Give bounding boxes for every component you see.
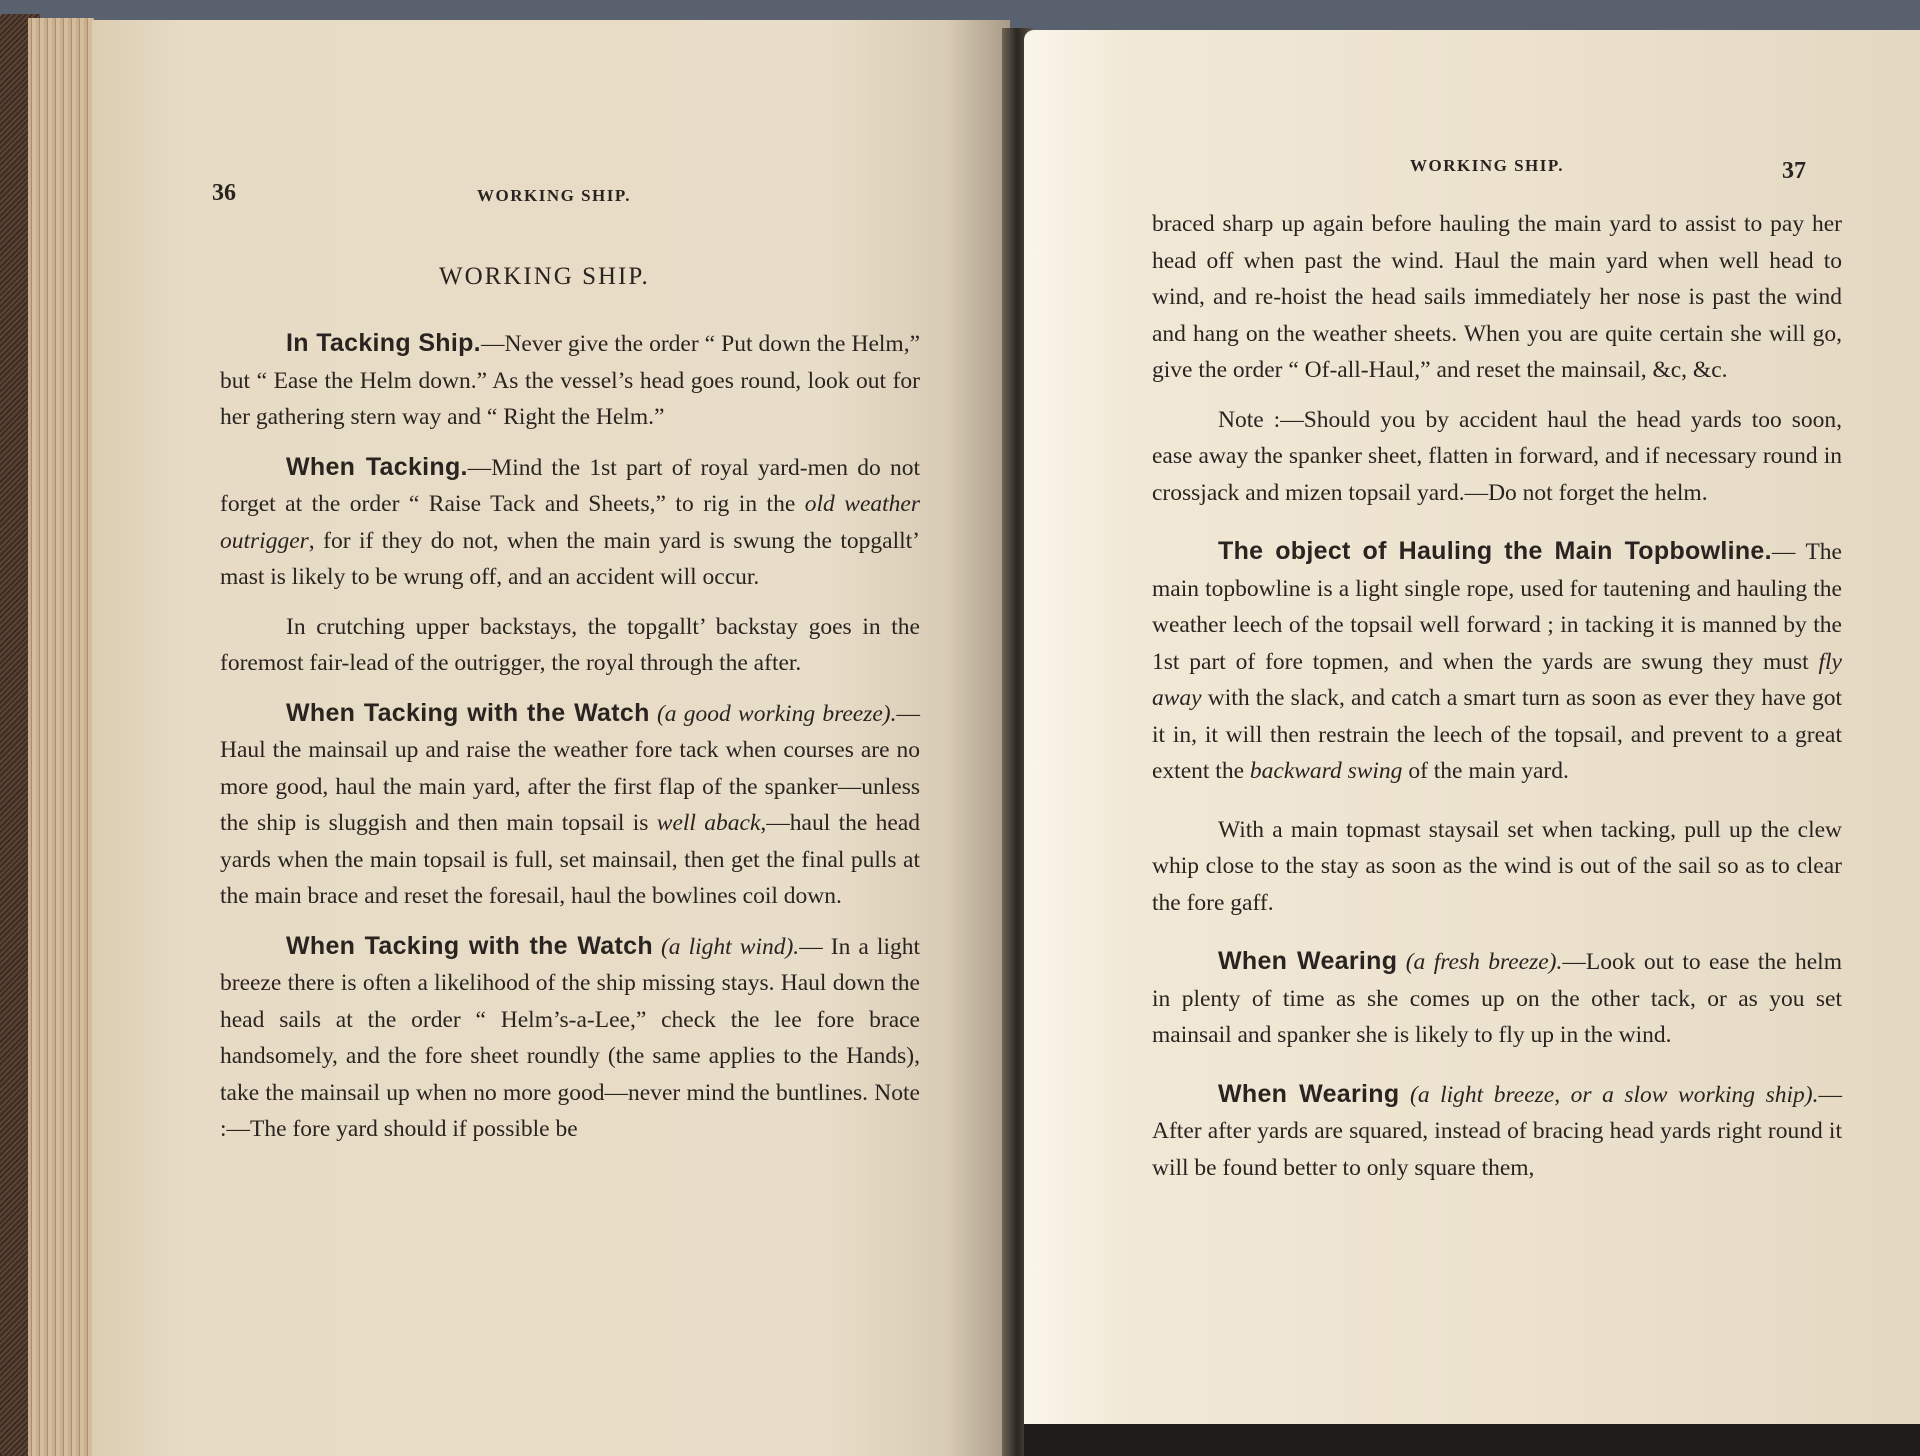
paragraph: In Tacking Ship.—Never give the order “ …: [220, 325, 920, 436]
chapter-title: WORKING SHIP.: [439, 263, 650, 291]
section-heading: When Tacking with the Watch: [286, 932, 653, 960]
section-heading: The object of Hauling the Main Topbowlin…: [1218, 537, 1772, 565]
page-number: 37: [1782, 158, 1806, 185]
paragraph-text: , for if they do not, when the main yard…: [220, 528, 920, 591]
italic-phrase: well aback: [657, 810, 761, 836]
paragraph-text: Note :—Should you by accident haul the h…: [1152, 407, 1842, 506]
section-heading: When Wearing: [1218, 1080, 1399, 1108]
paragraph: With a main topmast staysail set when ta…: [1152, 812, 1842, 922]
section-heading: When Tacking.: [286, 453, 468, 481]
paragraph: The object of Hauling the Main Topbowlin…: [1152, 533, 1842, 790]
running-head: WORKING SHIP.: [477, 186, 631, 206]
right-page: WORKING SHIP. 37 braced sharp up again b…: [1024, 30, 1920, 1430]
italic-phrase: backward swing: [1250, 758, 1403, 784]
paragraph: braced sharp up again before hauling the…: [1152, 206, 1842, 389]
paragraph: When Tacking.—Mind the 1st part of royal…: [220, 449, 920, 596]
paragraph: When Wearing (a light breeze, or a slow …: [1152, 1076, 1842, 1187]
paragraph: When Wearing (a fresh breeze).—Look out …: [1152, 943, 1842, 1054]
paragraph: Note :—Should you by accident haul the h…: [1152, 402, 1842, 512]
bottom-shadow: [1024, 1424, 1920, 1456]
page-edges: [28, 18, 94, 1456]
paragraph-text: braced sharp up again before hauling the…: [1152, 211, 1842, 383]
paragraph: When Tacking with the Watch (a light win…: [220, 928, 920, 1148]
left-page-body: In Tacking Ship.—Never give the order “ …: [220, 325, 920, 1161]
section-heading: When Wearing: [1218, 947, 1397, 975]
running-head: WORKING SHIP.: [1410, 156, 1564, 176]
left-page: 36 WORKING SHIP. WORKING SHIP. In Tackin…: [92, 20, 1010, 1456]
paragraph-text: With a main topmast staysail set when ta…: [1152, 817, 1842, 916]
paragraph-text: of the main yard.: [1402, 758, 1568, 784]
paragraph-text: In crutching upper backstays, the topgal…: [220, 614, 920, 677]
section-heading: In Tacking Ship.: [286, 329, 481, 357]
heading-qualifier: (a good working breeze).: [650, 701, 897, 727]
paragraph: When Tacking with the Watch (a good work…: [220, 695, 920, 915]
right-page-body: braced sharp up again before hauling the…: [1152, 206, 1842, 1199]
heading-qualifier: (a light wind).: [653, 934, 799, 960]
heading-qualifier: (a light breeze, or a slow working ship)…: [1399, 1082, 1818, 1108]
paragraph-text: — In a light breeze there is often a lik…: [220, 934, 920, 1143]
page-number: 36: [212, 180, 236, 207]
heading-qualifier: (a fresh breeze).: [1397, 949, 1562, 975]
paragraph: In crutching upper backstays, the topgal…: [220, 609, 920, 682]
section-heading: When Tacking with the Watch: [286, 699, 650, 727]
